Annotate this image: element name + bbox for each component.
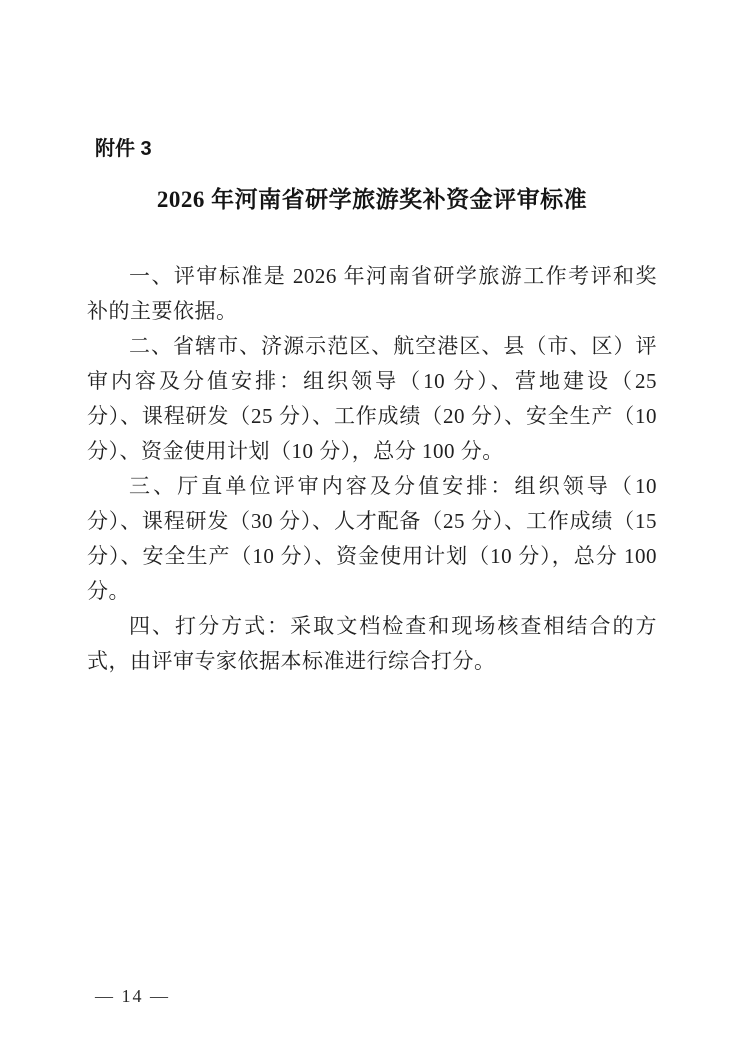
paragraph-1: 一、评审标准是 2026 年河南省研学旅游工作考评和奖补的主要依据。 <box>87 259 657 329</box>
page-number: — 14 — <box>95 984 170 1008</box>
paragraph-2: 二、省辖市、济源示范区、航空港区、县（市、区）评审内容及分值安排：组织领导（10… <box>87 329 657 469</box>
attachment-label: 附件 3 <box>95 136 152 162</box>
paragraph-3: 三、厅直单位评审内容及分值安排：组织领导（10 分）、课程研发（30 分）、人才… <box>87 469 657 609</box>
document-page: 附件 3 2026 年河南省研学旅游奖补资金评审标准 一、评审标准是 2026 … <box>0 0 750 1059</box>
document-title: 2026 年河南省研学旅游奖补资金评审标准 <box>87 184 657 216</box>
document-body: 一、评审标准是 2026 年河南省研学旅游工作考评和奖补的主要依据。 二、省辖市… <box>87 259 657 679</box>
paragraph-4: 四、打分方式：采取文档检查和现场核查相结合的方式，由评审专家依据本标准进行综合打… <box>87 609 657 679</box>
